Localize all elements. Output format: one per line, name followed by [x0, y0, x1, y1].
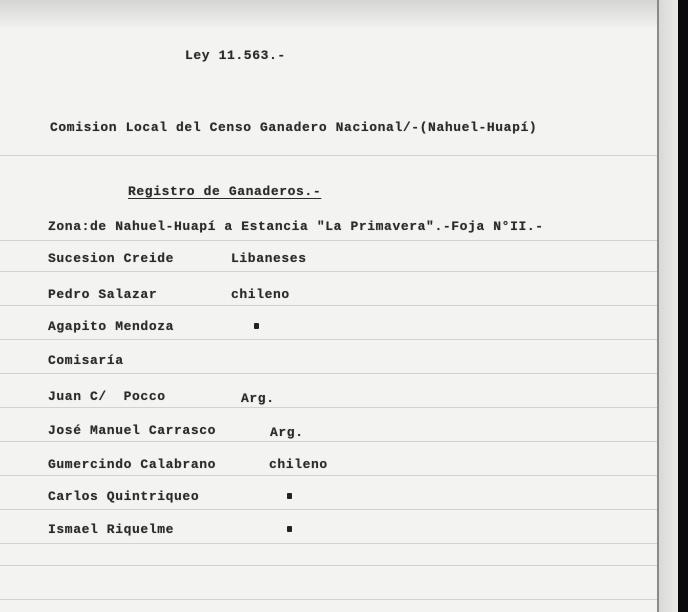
- entry-nationality: chileno: [269, 457, 328, 472]
- entry-name: Juan C/ Pocco: [48, 389, 166, 404]
- ditto-mark: [254, 323, 259, 329]
- ruled-line: [0, 339, 660, 340]
- ruled-line: [0, 240, 660, 241]
- entry-name: Carlos Quintriqueo: [48, 489, 199, 504]
- entry-nationality: Libaneses: [231, 251, 307, 266]
- paper-edge-strip: [659, 0, 680, 612]
- entry-name: Comisaría: [48, 353, 124, 368]
- entry-name: Agapito Mendoza: [48, 319, 174, 334]
- register-heading: Registro de Ganaderos.-: [128, 184, 321, 199]
- ruled-line: [0, 599, 660, 600]
- ruled-line: [0, 305, 660, 306]
- ditto-mark: [287, 493, 292, 499]
- entry-name: Ismael Riquelme: [48, 522, 174, 537]
- ruled-line: [0, 543, 660, 544]
- entry-name: Sucesion Creide: [48, 251, 174, 266]
- zone-line: Zona:de Nahuel-Huapí a Estancia "La Prim…: [48, 219, 544, 234]
- ruled-line: [0, 373, 660, 374]
- ruled-line: [0, 155, 660, 156]
- entry-nationality: chileno: [231, 287, 290, 302]
- entry-name: Gumercindo Calabrano: [48, 457, 216, 472]
- law-heading: Ley 11.563.-: [185, 48, 286, 63]
- entry-name: José Manuel Carrasco: [48, 423, 216, 438]
- ruled-line: [0, 441, 660, 442]
- ditto-mark: [287, 526, 292, 532]
- entry-nationality: Arg.: [241, 391, 275, 406]
- ruled-line: [0, 407, 660, 408]
- scanned-document-page: Ley 11.563.- Comision Local del Censo Ga…: [0, 0, 688, 612]
- scan-border: [678, 0, 688, 612]
- commission-title: Comision Local del Censo Ganadero Nacion…: [50, 120, 537, 135]
- entry-nationality: Arg.: [270, 425, 304, 440]
- ruled-line: [0, 271, 660, 272]
- entry-name: Pedro Salazar: [48, 287, 157, 302]
- ruled-line: [0, 509, 660, 510]
- ruled-line: [0, 565, 660, 566]
- ruled-line: [0, 475, 660, 476]
